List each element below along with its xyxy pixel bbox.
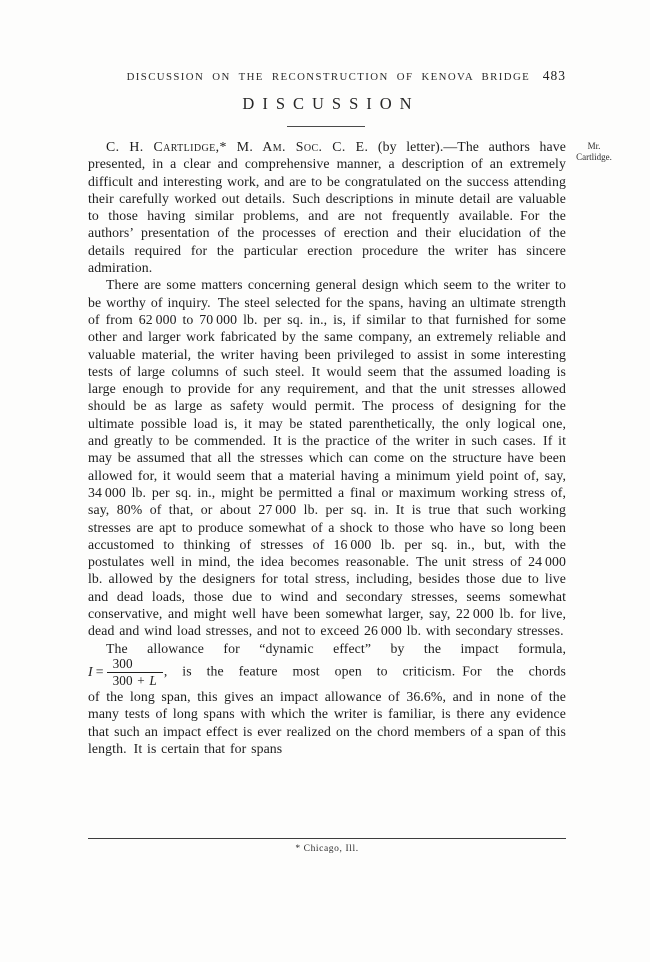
paragraph-3-rest: of the long span, this gives an impact a… — [88, 688, 566, 757]
title-rule — [287, 126, 365, 127]
formula-comma: , — [164, 664, 168, 679]
page-number: 483 — [543, 68, 566, 84]
paragraph-3-intro: The allowance for “dynamic effect” by th… — [88, 640, 566, 657]
section-title: DISCUSSION — [88, 94, 566, 114]
footnote: * Chicago, Ill. — [88, 838, 566, 854]
formula-fraction: 300300 + L — [107, 657, 163, 688]
formula-numerator: 300 — [107, 657, 163, 673]
running-header: DISCUSSION ON THE RECONSTRUCTION OF KENO… — [88, 68, 566, 84]
paragraph-1: C. H. Cartlidge,* M. Am. Soc. C. E. (by … — [88, 138, 566, 276]
footnote-text: * Chicago, Ill. — [88, 839, 566, 854]
impact-formula-line: I=300300 + L, is the feature most open t… — [88, 657, 566, 688]
formula-lhs: I — [88, 664, 93, 679]
paragraph-3: The allowance for “dynamic effect” by th… — [88, 640, 566, 757]
formula-denominator-number: 300 + — [113, 673, 150, 688]
formula-denominator: 300 + L — [107, 673, 163, 688]
author-name: C. H. Cartlidge,* M. Am. Soc. C. E. — [106, 139, 368, 154]
formula-denominator-variable: L — [149, 673, 156, 688]
margin-note-line1: Mr. — [560, 141, 628, 152]
paragraph-2: There are some matters concerning genera… — [88, 276, 566, 639]
margin-note: Mr. Cartlidge. — [560, 141, 628, 162]
running-header-title: DISCUSSION ON THE RECONSTRUCTION OF KENO… — [88, 71, 543, 83]
margin-note-line2: Cartlidge. — [560, 152, 628, 163]
body-text: C. H. Cartlidge,* M. Am. Soc. C. E. (by … — [88, 138, 566, 757]
document-page: DISCUSSION ON THE RECONSTRUCTION OF KENO… — [0, 0, 650, 962]
paragraph-1-text: (by letter).—The authors have presented,… — [88, 139, 566, 275]
paragraph-3-after-formula: is the feature most open to criticism. F… — [182, 664, 566, 679]
formula-equals: = — [96, 664, 104, 679]
